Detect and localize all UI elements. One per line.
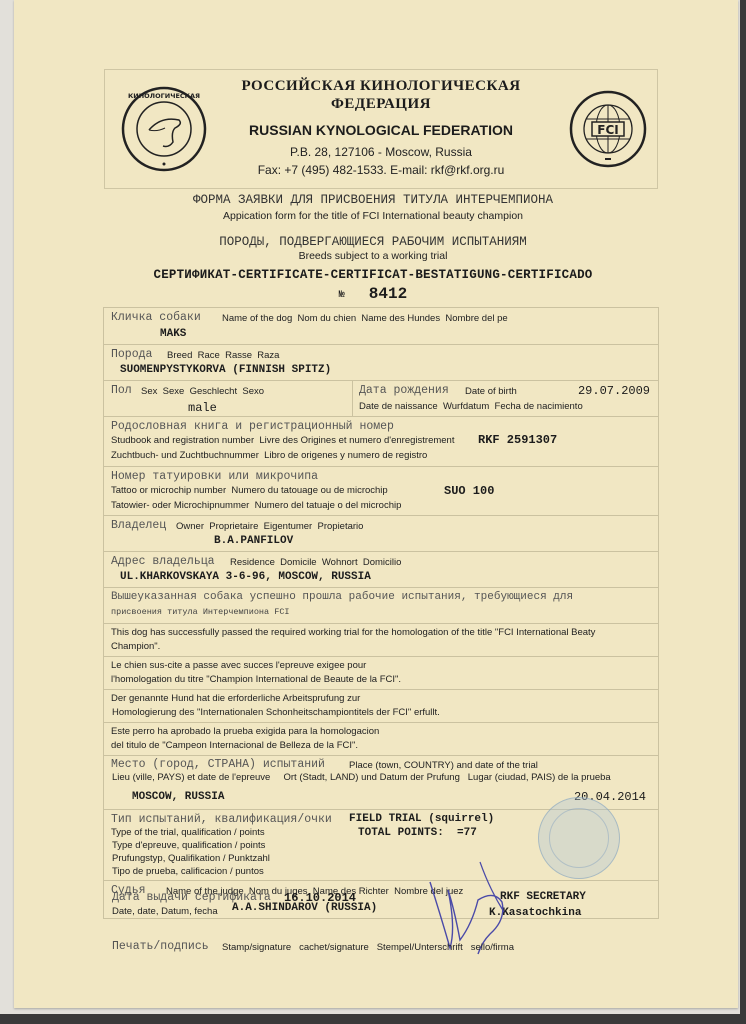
breed-label: Breed Race Rasse Raza [167, 350, 279, 361]
statement-en-line1: This dog has successfully passed the req… [111, 627, 595, 638]
statement-ru-row: Вышеуказанная собака успешно прошла рабо… [104, 588, 658, 624]
breeds-title-en: Breeds subject to a working trial [0, 250, 746, 262]
issue-date-label: Date, date, Datum, fecha [112, 906, 218, 917]
certificate-number: №8412 [0, 285, 746, 303]
breed-value: SUOMENPYSTYKORVA (FINNISH SPITZ) [120, 364, 331, 376]
sex-value: male [188, 401, 217, 415]
studbook-label-ru: Родословная книга и регистрационный номе… [111, 420, 394, 433]
tattoo-row: Номер татуировки или микрочипа Tattoo or… [104, 467, 658, 516]
microchip-value: SUO 100 [444, 484, 494, 498]
trial-type-label: Type of the trial, qualification / point… [111, 827, 265, 838]
residence-label-ru: Адрес владельца [111, 555, 215, 568]
sex-label: Sex Sexe Geschlecht Sexo [141, 386, 264, 397]
sex-dob-row: Пол Sex Sexe Geschlecht Sexo male Дата р… [104, 381, 658, 417]
dob-label: Date of birth [465, 386, 517, 397]
statement-ru-line2: присвоения титула Интерчемпиона FCI [111, 607, 290, 617]
owner-label-ru: Владелец [111, 519, 166, 532]
trial-type-label-ru: Тип испытаний, квалификация/очки [111, 813, 332, 826]
trial-place-label-other: Lieu (ville, PAYS) et date de l'epreuve … [112, 772, 611, 783]
breed-row: Порода Breed Race Rasse Raza SUOMENPYSTY… [104, 345, 658, 381]
statement-es-row: Este perro ha aprobado la prueba exigida… [104, 723, 658, 756]
trial-place-value: MOSCOW, RUSSIA [132, 791, 224, 803]
residence-value: UL.KHARKOVSKAYA 3-6-96, MOSCOW, RUSSIA [120, 571, 371, 583]
trial-place-label: Place (town, COUNTRY) and date of the tr… [349, 760, 538, 771]
total-points-value: TOTAL POINTS: =77 [358, 827, 477, 839]
dog-name-label-ru: Кличка собаки [111, 311, 201, 324]
column-divider [352, 381, 353, 416]
letterhead: КИНОЛОГИЧЕСКАЯ РОССИЙСКАЯ КИНОЛОГИЧЕСКАЯ… [104, 69, 658, 189]
issue-date-label-ru: Дата выдачи сертификата [112, 891, 271, 904]
owner-label: Owner Proprietaire Eigentumer Propietari… [176, 521, 363, 532]
statement-es-line1: Este perro ha aprobado la prueba exigida… [111, 726, 379, 737]
statement-fr-row: Le chien sus-cite a passe avec succes l'… [104, 657, 658, 690]
trial-place-label-ru: Место (город, СТРАНА) испытаний [111, 758, 325, 771]
trial-type-label-fr: Type d'epreuve, qualification / points [112, 840, 265, 851]
rkf-stamp-icon [538, 797, 620, 879]
owner-value: B.A.PANFILOV [214, 535, 293, 547]
stamp-signature-label: Stamp/signature cachet/signature Stempel… [222, 942, 514, 953]
statement-en-line2: Champion". [111, 641, 160, 652]
dob-value: 29.07.2009 [578, 384, 650, 398]
dog-name-row: Кличка собаки Name of the dog Nom du chi… [104, 307, 658, 345]
trial-type-value: FIELD TRIAL (squirrel) [349, 813, 494, 825]
statement-de-line1: Der genannte Hund hat die erforderliche … [111, 693, 360, 704]
studbook-label-other: Zuchtbuch- und Zuchtbuchnummer Libro de … [111, 450, 427, 461]
trial-type-label-es: Tipo de prueba, calificacion / puntos [112, 866, 264, 877]
tattoo-label-other: Tatowier- oder Microchipnummer Numero de… [111, 500, 401, 511]
stamp-signature-label-ru: Печать/подпись [112, 940, 209, 953]
breeds-title-ru: ПОРОДЫ, ПОДВЕРГАЮЩИЕСЯ РАБОЧИМ ИСПЫТАНИЯ… [0, 235, 746, 249]
dog-name-value: MAKS [160, 328, 186, 340]
svg-text:FCI: FCI [597, 123, 618, 137]
statement-fr-line2: l'homologation du titre "Champion Intern… [111, 674, 401, 685]
statement-de-line2: Homologierung des "Internationalen Schon… [112, 707, 440, 718]
studbook-row: Родословная книга и регистрационный номе… [104, 417, 658, 467]
owner-row: Владелец Owner Proprietaire Eigentumer P… [104, 516, 658, 552]
statement-ru-line1: Вышеуказанная собака успешно прошла рабо… [111, 591, 573, 603]
issue-date-value: 16.10.2014 [284, 891, 356, 905]
statement-fr-line1: Le chien sus-cite a passe avec succes l'… [111, 660, 366, 671]
tattoo-label-ru: Номер татуировки или микрочипа [111, 470, 318, 483]
form-title-ru: ФОРМА ЗАЯВКИ ДЛЯ ПРИСВОЕНИЯ ТИТУЛА ИНТЕР… [0, 193, 746, 207]
sex-label-ru: Пол [111, 384, 132, 397]
trial-type-label-de: Prufungstyp, Qualifikation / Punktzahl [112, 853, 270, 864]
dob-label-ru: Дата рождения [359, 384, 449, 397]
registration-number-value: RKF 2591307 [478, 433, 557, 447]
studbook-label: Studbook and registration number Livre d… [111, 435, 454, 446]
tattoo-label: Tattoo or microchip number Numero du tat… [111, 485, 388, 496]
fci-globe-icon: FCI [569, 90, 647, 168]
residence-label: Residence Domicile Wohnort Domicilio [230, 557, 401, 568]
statement-de-row: Der genannte Hund hat die erforderliche … [104, 690, 658, 723]
dog-name-label: Name of the dog Nom du chien Name des Hu… [222, 313, 508, 324]
residence-row: Адрес владельца Residence Domicile Wohno… [104, 552, 658, 588]
form-title-en: Appication form for the title of FCI Int… [0, 210, 746, 222]
statement-en-row: This dog has successfully passed the req… [104, 624, 658, 657]
certificate-heading: СЕРТИФИКАТ-CERTIFICATE-CERTIFICAT-BESTAT… [0, 268, 746, 282]
statement-es-line2: del titulo de "Campeon Internacional de … [111, 740, 358, 751]
breed-label-ru: Порода [111, 348, 152, 361]
dob-label-other: Date de naissance Wurfdatum Fecha de nac… [359, 401, 583, 412]
